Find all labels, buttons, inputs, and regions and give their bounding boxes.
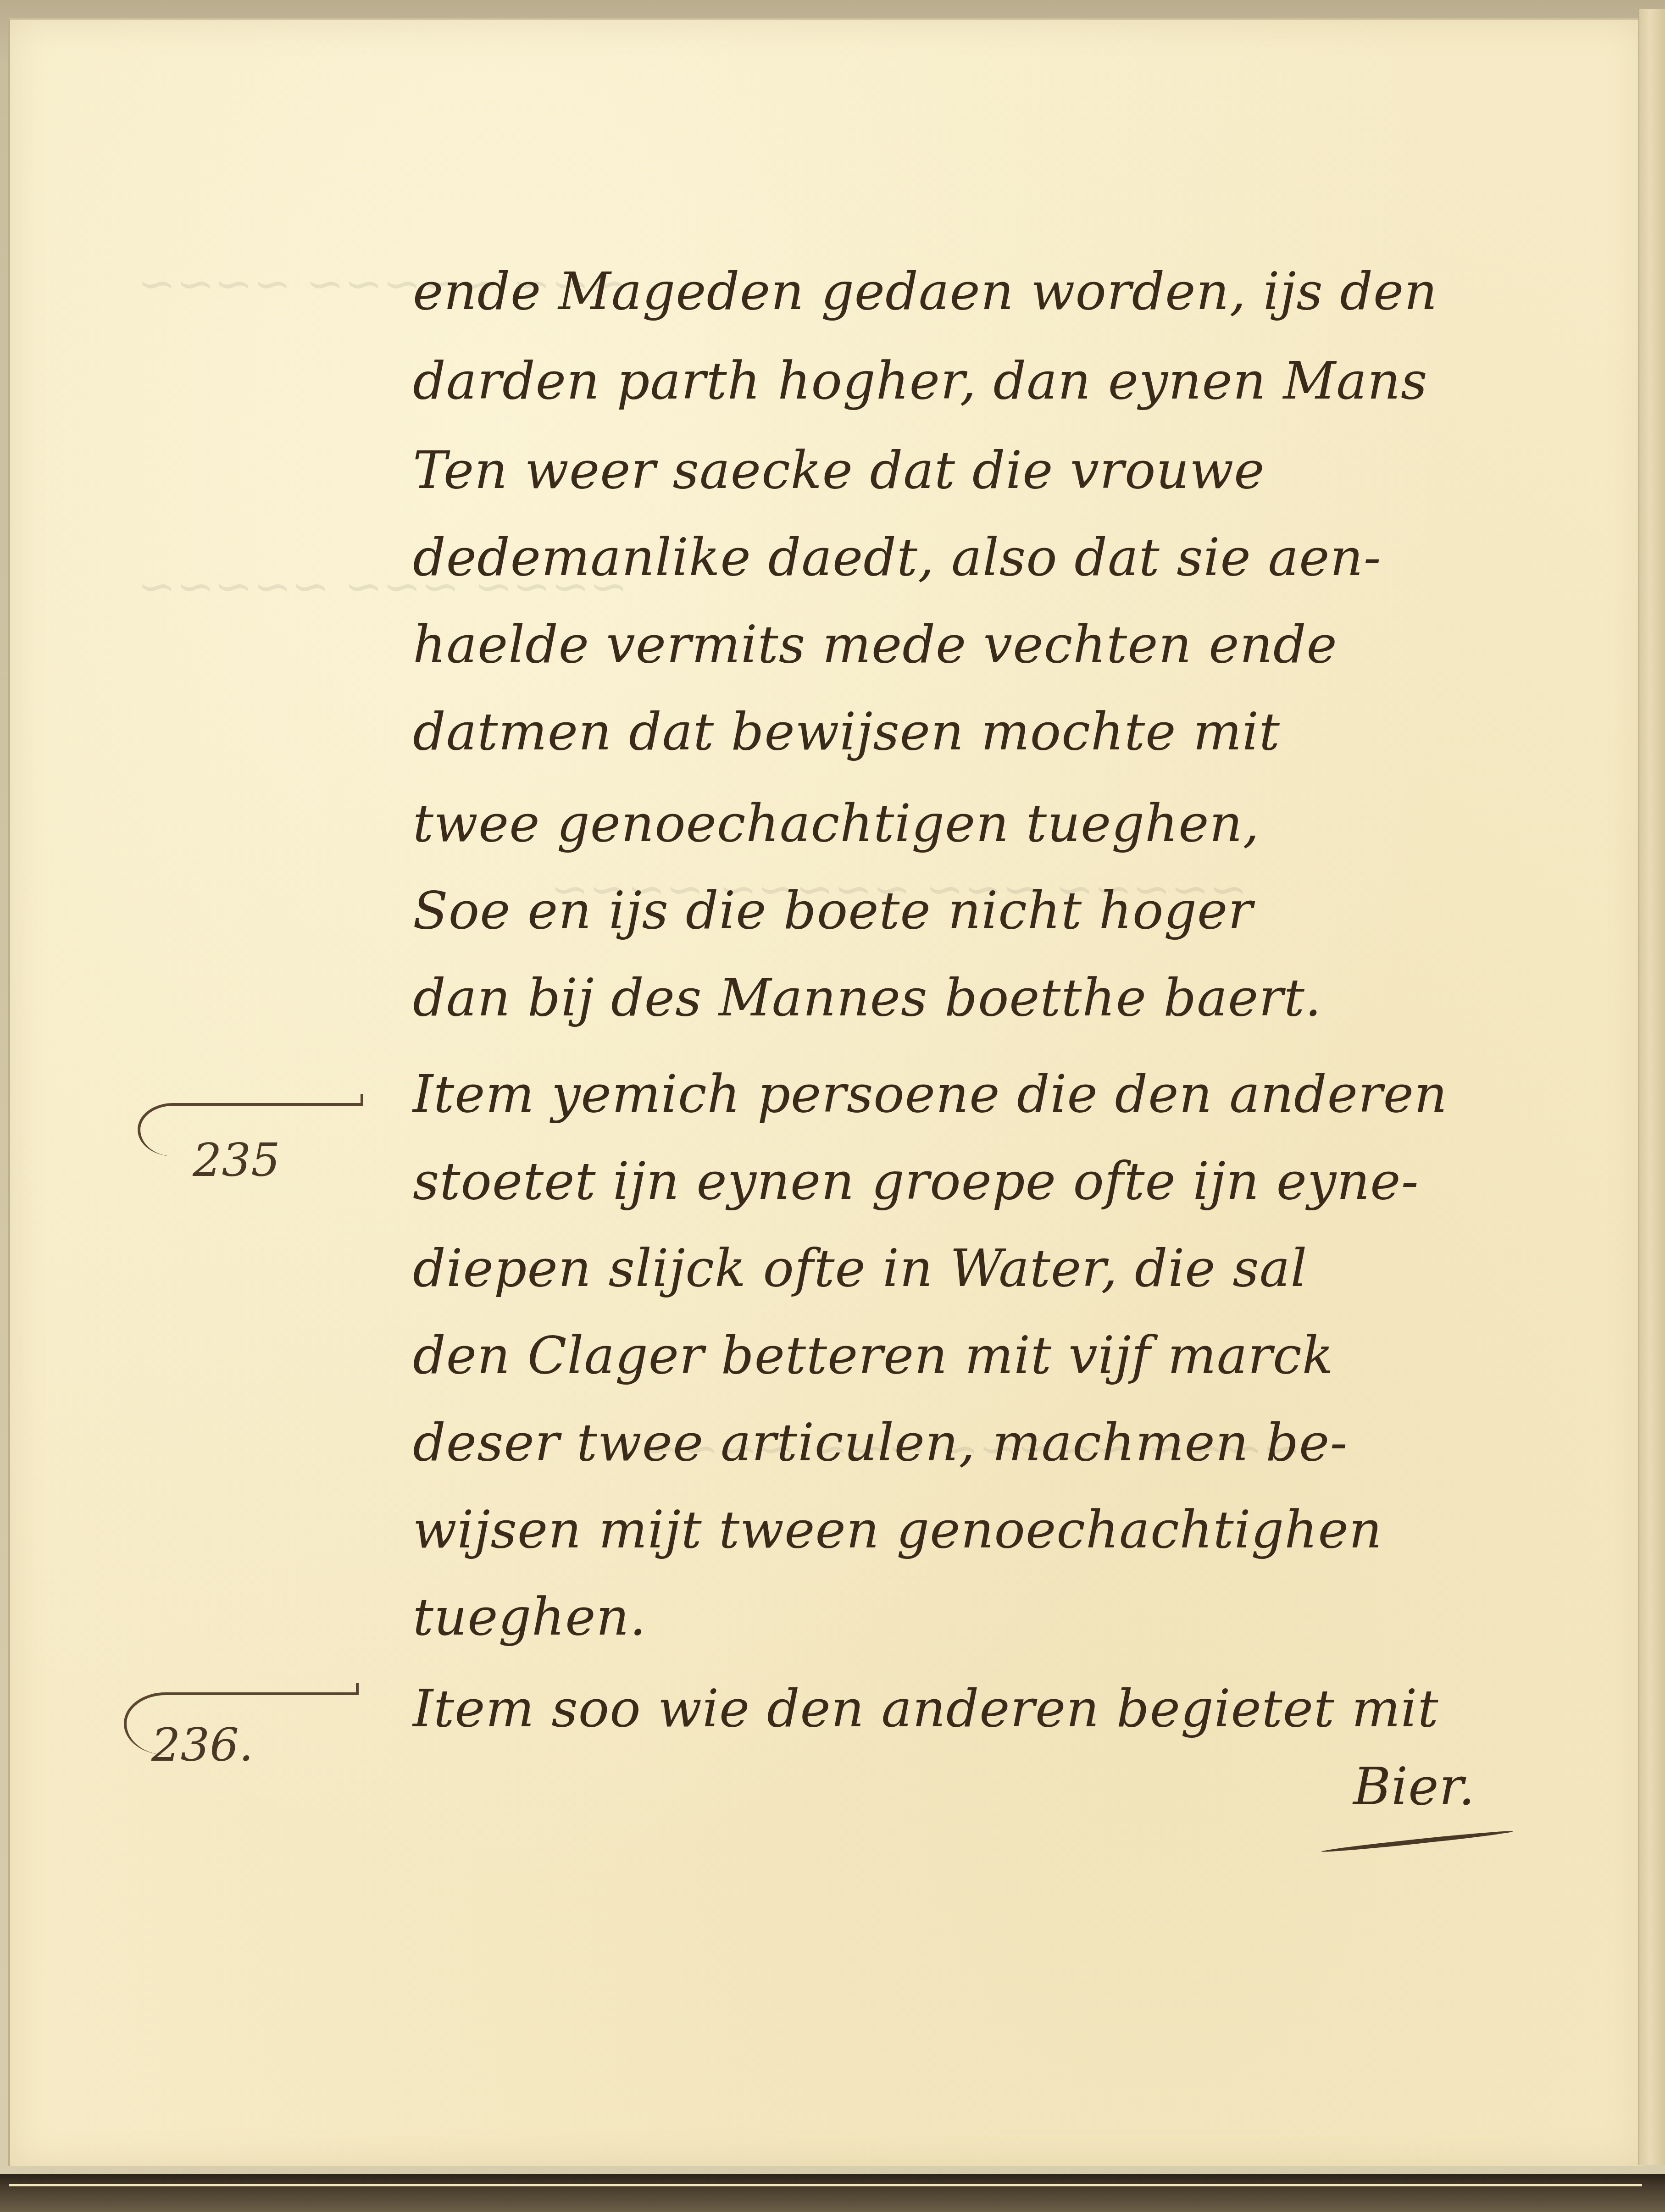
page-stack-edge xyxy=(0,2174,1665,2212)
text-line: haelde vermits mede vechten ende xyxy=(413,619,1338,671)
text-line: wijsen mijt tween genoechachtighen xyxy=(413,1504,1382,1556)
text-line: tueghen. xyxy=(413,1591,646,1643)
text-line: ende Mageden gedaen worden, ijs den xyxy=(413,266,1437,317)
text-line: diepen slijck ofte in Water, die sal xyxy=(413,1243,1307,1294)
item-number-235: 235 xyxy=(193,1137,280,1183)
item-number-236: 236. xyxy=(151,1722,254,1768)
text-line: den Clager betteren mit vijf marck xyxy=(413,1330,1334,1381)
binding-strip xyxy=(1638,9,1665,2165)
text-line: Item soo wie den anderen begietet mit xyxy=(413,1683,1439,1735)
text-line: Soe en ijs die boete nicht hoger xyxy=(413,885,1253,937)
page-bottom-edge xyxy=(9,2184,1642,2187)
text-line: Item yemich persoene die den anderen xyxy=(413,1069,1448,1120)
text-line: dedemanlike daedt, also dat sie aen- xyxy=(413,532,1382,583)
text-line: twee genoechachtigen tueghen, xyxy=(413,798,1260,849)
text-line: darden parth hogher, dan eynen Mans xyxy=(413,355,1428,407)
text-line: dan bij des Mannes boetthe baert. xyxy=(413,972,1322,1024)
text-line: Ten weer saecke dat die vrouwe xyxy=(413,445,1265,496)
text-line: datmen dat bewijsen mochte mit xyxy=(413,706,1280,758)
text-line: stoetet ijn eynen groepe ofte ijn eyne- xyxy=(413,1156,1419,1207)
text-line: deser twee articulen, machmen be- xyxy=(413,1417,1348,1469)
text-line: Bier. xyxy=(1353,1761,1475,1813)
